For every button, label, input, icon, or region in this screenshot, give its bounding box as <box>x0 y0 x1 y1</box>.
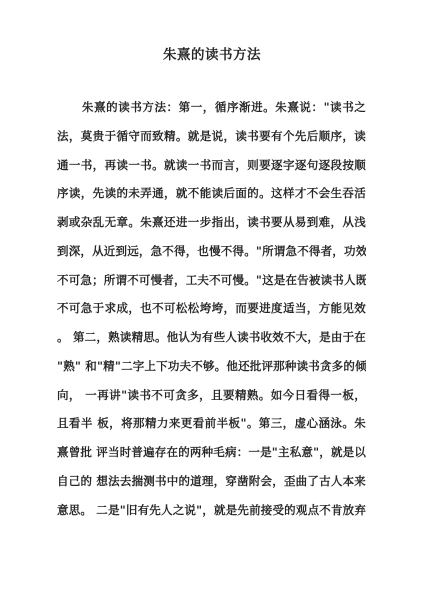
body-line: 通一书，再读一书。就读一书而言，则要逐字逐句逐段按顺 <box>57 151 366 180</box>
document-title: 朱熹的读书方法 <box>0 46 424 64</box>
body-line: 且看半 板，将那精力来更看前半板"。第三，虚心涵泳。朱 <box>57 409 366 438</box>
body-line: "熟" 和"精"二字上下功夫不够。他还批评那种读书贪多的倾 <box>57 352 366 381</box>
body-line: 熹曾批 评当时普遍存在的两种毛病：一是"主私意"，就是以 <box>57 438 366 467</box>
body-line: 自己的 想法去揣测书中的道理，穿凿附会，歪曲了古人本来 <box>57 467 366 496</box>
document-page: 朱熹的读书方法 朱熹的读书方法：第一，循序渐进。朱熹说："读书之 法，莫贵于循守… <box>0 0 424 600</box>
document-body: 朱熹的读书方法：第一，循序渐进。朱熹说："读书之 法，莫贵于循守而致精。就是说，… <box>57 93 366 524</box>
body-line: 不可急于求成，也不可松松垮垮，而要进度适当，方能见效 <box>57 294 366 323</box>
body-line: 法，莫贵于循守而致精。就是说，读书要有个先后顺序，读 <box>57 122 366 151</box>
body-line: 朱熹的读书方法：第一，循序渐进。朱熹说："读书之 <box>57 93 366 122</box>
body-line: 剥或杂乱无章。朱熹还进一步指出，读书要从易到难，从浅 <box>57 208 366 237</box>
body-line: 向， 一再讲"读书不可贪多，且要精熟。如今日看得一板， <box>57 381 366 410</box>
body-line: 序读，先读的未弄通，就不能读后面的。这样才不会生吞活 <box>57 179 366 208</box>
body-line: 意思。 二是"旧有先人之说"，就是先前接受的观点不肯放弃 <box>57 496 366 525</box>
body-line: 到深，从近到远，急不得，也慢不得。"所谓急不得者，功效 <box>57 237 366 266</box>
body-line: 不可急；所谓不可慢者，工夫不可慢。"这是在告被读书人既 <box>57 266 366 295</box>
body-line: 。 第二，熟读精思。他认为有些人读书收效不大，是由于在 <box>57 323 366 352</box>
